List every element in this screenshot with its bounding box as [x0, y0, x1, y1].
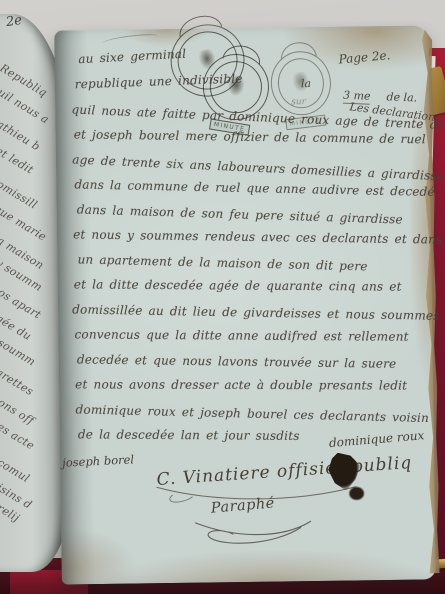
right-page: MINUTE MINUTE Page 2e. la sur 3 mede la.…	[54, 25, 436, 584]
corner-folio-note: 2e	[5, 13, 23, 30]
manuscript-line: convencus que la ditte anne audifred est…	[74, 327, 422, 354]
manuscript-line: et la ditte descedée agée de quarante ci…	[74, 277, 422, 304]
ink-blot-small	[349, 486, 365, 500]
manuscript-line: et joseph bourel mere offizier de la com…	[74, 127, 420, 157]
manuscript-line: et nous avons dresser acte à double pres…	[75, 377, 423, 403]
pencil-mark	[102, 33, 159, 47]
left-page-fragment: incomul	[0, 450, 32, 485]
paraphe-flourish	[189, 513, 319, 549]
manuscript-body: au sixe germinal republique une indivisi…	[68, 48, 424, 453]
manuscript-photo: la Republiq quil nous a mathieu b et led…	[0, 0, 445, 594]
left-page-fragment: d'omissill	[0, 172, 40, 212]
left-page-fragment: soumm	[0, 336, 38, 369]
signature-joseph-borel: joseph borel	[62, 452, 134, 469]
